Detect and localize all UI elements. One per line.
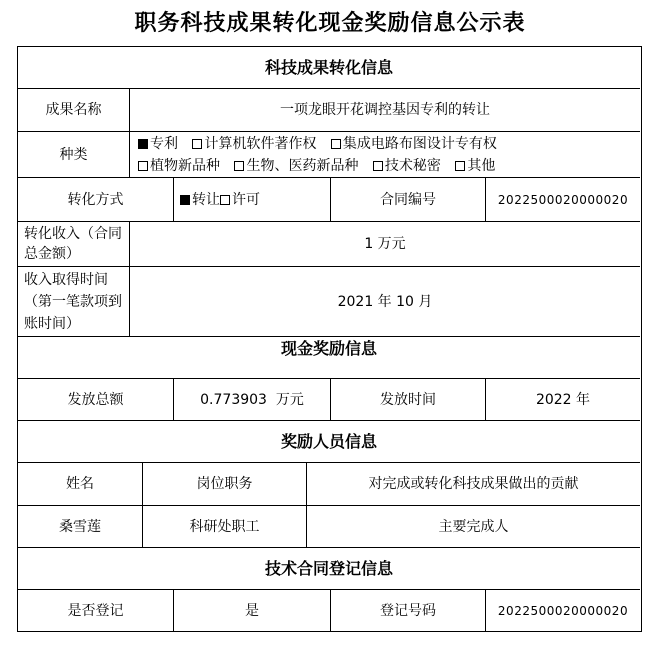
disclosure-table: 科技成果转化信息 成果名称 一项龙眼开花调控基因专利的转让 种类 专利 计算机软… bbox=[17, 46, 642, 632]
income-label: 转化收入（合同总金额） bbox=[18, 222, 130, 267]
reward-total-label: 发放总额 bbox=[18, 379, 174, 421]
registration-no-value: 2022500020000020 bbox=[486, 590, 640, 631]
unchecked-box-icon bbox=[220, 195, 230, 205]
achievement-name-label: 成果名称 bbox=[18, 89, 130, 132]
people-header-name: 姓名 bbox=[18, 463, 143, 506]
type-options-row-1: 专利 计算机软件著作权 集成电路布图设计专有权 bbox=[138, 133, 507, 155]
people-row-contribution: 主要完成人 bbox=[307, 506, 640, 548]
reward-time-value: 2022 年 bbox=[486, 379, 640, 421]
people-row-name: 桑雪莲 bbox=[18, 506, 143, 548]
registered-value: 是 bbox=[174, 590, 331, 631]
type-label: 种类 bbox=[18, 132, 130, 178]
income-time-value: 2021 年 10 月 bbox=[130, 267, 640, 337]
type-option-plant-variety[interactable]: 植物新品种 bbox=[138, 158, 220, 174]
method-options: 转让许可 bbox=[174, 178, 331, 222]
unchecked-box-icon bbox=[192, 139, 202, 149]
method-label: 转化方式 bbox=[18, 178, 174, 222]
reward-total-value: 0.773903 万元 bbox=[174, 379, 331, 421]
unchecked-box-icon bbox=[138, 161, 148, 171]
reward-time-label: 发放时间 bbox=[331, 379, 486, 421]
unchecked-box-icon bbox=[234, 161, 244, 171]
checked-box-icon bbox=[138, 139, 148, 149]
income-value: 1 万元 bbox=[130, 222, 640, 267]
type-option-tech-secret[interactable]: 技术秘密 bbox=[373, 158, 441, 174]
contract-no-label: 合同编号 bbox=[331, 178, 486, 222]
method-option-transfer[interactable]: 转让 bbox=[180, 190, 220, 210]
checked-box-icon bbox=[180, 195, 190, 205]
unchecked-box-icon bbox=[455, 161, 465, 171]
method-option-license[interactable]: 许可 bbox=[220, 190, 260, 210]
income-time-label: 收入取得时间（第一笔款项到账时间） bbox=[18, 267, 130, 337]
section-header-people: 奖励人员信息 bbox=[18, 421, 640, 463]
people-header-position: 岗位职务 bbox=[143, 463, 307, 506]
registered-label: 是否登记 bbox=[18, 590, 174, 631]
people-header-contribution: 对完成或转化科技成果做出的贡献 bbox=[307, 463, 640, 506]
section-header-contract-registration: 技术合同登记信息 bbox=[18, 548, 640, 590]
page-title: 职务科技成果转化现金奖励信息公示表 bbox=[0, 6, 660, 37]
type-options: 专利 计算机软件著作权 集成电路布图设计专有权 植物新品种 生物、医药新品种 技… bbox=[130, 132, 640, 178]
section-header-cash-reward: 现金奖励信息 bbox=[18, 337, 640, 379]
people-row-position: 科研处职工 bbox=[143, 506, 307, 548]
type-option-other[interactable]: 其他 bbox=[455, 158, 495, 174]
unchecked-box-icon bbox=[331, 139, 341, 149]
type-option-software[interactable]: 计算机软件著作权 bbox=[192, 136, 316, 152]
type-option-patent[interactable]: 专利 bbox=[138, 136, 178, 152]
achievement-name-value: 一项龙眼开花调控基因专利的转让 bbox=[130, 89, 640, 132]
registration-no-label: 登记号码 bbox=[331, 590, 486, 631]
type-option-ic-layout[interactable]: 集成电路布图设计专有权 bbox=[331, 136, 497, 152]
type-options-row-2: 植物新品种 生物、医药新品种 技术秘密 其他 bbox=[138, 155, 505, 177]
section-header-achievement: 科技成果转化信息 bbox=[18, 47, 640, 89]
unchecked-box-icon bbox=[373, 161, 383, 171]
contract-no-value: 2022500020000020 bbox=[486, 178, 640, 222]
type-option-bio-medicine[interactable]: 生物、医药新品种 bbox=[234, 158, 358, 174]
